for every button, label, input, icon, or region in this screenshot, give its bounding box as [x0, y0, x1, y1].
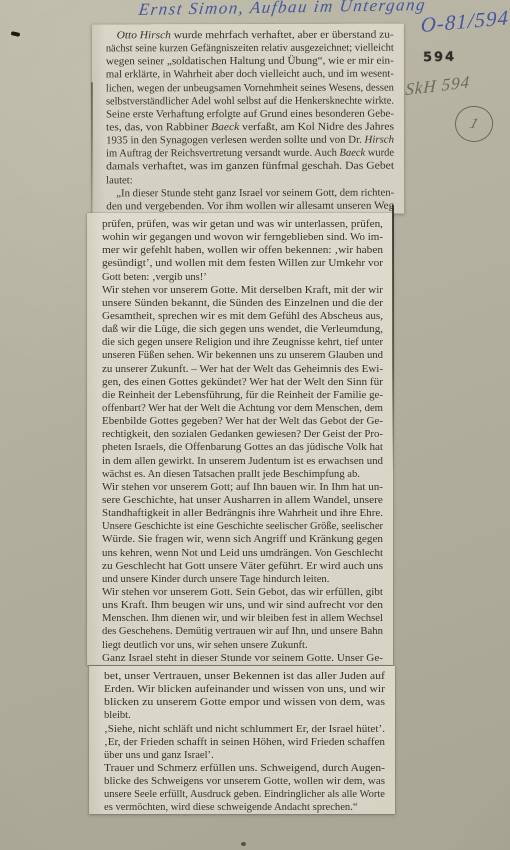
text-line: des Geschehens. Demütig vertrauen wir au…	[102, 625, 383, 638]
text-line: gesündigt’, und wollen mit dem festen Wi…	[102, 257, 383, 270]
pencil-shelfmark: SkH 594	[405, 72, 471, 100]
text-line: wegen seiner „soldatischen Haltung und Ü…	[106, 55, 394, 69]
text-line: die Reinheit der Lebensführung, für die …	[102, 389, 383, 402]
clipping-strip-2: prüfen, prüfen, was wir getan und was wi…	[87, 213, 393, 665]
text-line: Menschen. Ihm dienen wir, und wir bleibe…	[102, 612, 383, 625]
text-line: Trauer und Schmerz erfüllen uns. Schweig…	[104, 762, 385, 775]
text-line: und unsere Kinder durch unsere Tage hind…	[102, 573, 383, 586]
text-line: liegt deutlich vor uns, wir sehen unsere…	[102, 639, 383, 652]
circled-page-number: 1	[453, 104, 495, 144]
text-line: zu unserer Zukunft. – Wer hat der Welt d…	[102, 363, 383, 376]
text-line: unseren Füßen sehen. Wir bekennen uns zu…	[102, 349, 383, 362]
text-line: Unsere Geschichte ist eine Geschichte se…	[102, 520, 383, 533]
text-line: bet, unser Vertrauen, unser Bekennen ist…	[104, 670, 385, 683]
text-line: wächst es. An diesen Tatsachen prallt je…	[102, 468, 383, 481]
text-line: in dem allen gewirkt. In unserem Judentu…	[102, 455, 383, 468]
text-line: ‚Er, der Frieden schafft in seinen Höhen…	[104, 736, 385, 749]
clipping-strip-3: bet, unser Vertrauen, unser Bekennen ist…	[89, 666, 395, 814]
text-line: im Auftrag der Reichsvertretung versandt…	[106, 147, 394, 161]
text-line: 1935 in den Synagogen verlesen werden so…	[106, 134, 394, 148]
text-line: Wir stehen vor unserem Gott; auf Ihn bau…	[102, 481, 383, 494]
text-line: mer wir gefehlt haben, wollen wir offen …	[102, 244, 383, 257]
text-line: Erden. Wir blicken aufeinander und wisse…	[104, 683, 385, 696]
text-line: tes, das, von Rabbiner Baeck verfaßt, am…	[106, 121, 394, 135]
ink-speck	[241, 842, 246, 846]
circled-page-number-value: 1	[468, 115, 481, 132]
text-line: uns kehren, wenn Not und Leid uns umdrän…	[102, 547, 383, 560]
text-line: sere Geschichte, hat unser Ausharren in …	[102, 494, 383, 507]
text-line: zu Geschlecht hat Gott unsere Väter gefü…	[102, 560, 383, 573]
text-line: offenbart? Wer hat der Welt die Achtung …	[102, 402, 383, 415]
text-line: nächst seine kurzen Gefängniszeiten rela…	[106, 42, 394, 56]
text-line: den und vergebenden. Vor ihm wollen wir …	[106, 199, 394, 213]
ink-speck	[11, 31, 21, 37]
text-line: Ebenbilde Gottes gegeben? Wer hat der We…	[102, 415, 383, 428]
text-line: lichen, wegen der unbeugsamen Vornehmhei…	[106, 81, 394, 95]
strip-edge-shadow	[91, 82, 93, 212]
text-line: Wir stehen vor unserem Gotte. Mit dersel…	[102, 284, 383, 297]
text-line: Wir stehen vor unserem Gott. Sein Gebot,…	[102, 586, 383, 599]
text-line: Otto Hirsch wurde mehrfach verhaftet, ab…	[106, 29, 394, 43]
text-line: Seine erste Verhaftung erfolgte auf Grun…	[106, 107, 394, 121]
text-line: blicken zu unserem Gotte empor und wisse…	[104, 696, 385, 709]
text-line: damals verhaftet, was im ganzen fünfmal …	[106, 160, 394, 174]
text-line: bleibt.	[104, 709, 385, 722]
text-line: gen, des einen Gottes gekündet? Wer hat …	[102, 376, 383, 389]
text-line: uns Kraft. Ihm beugen wir uns, und wir s…	[102, 599, 383, 612]
text-line: „In dieser Stunde steht ganz Israel vor …	[106, 186, 394, 200]
text-line: Ganz Israel steht in dieser Stunde vor s…	[102, 652, 383, 665]
text-line: es vermöchten, wird diese schweigende An…	[104, 801, 385, 814]
text-line: selbstverständlicher Adel wohl selbst au…	[106, 94, 394, 108]
page-number-stamp: 594	[423, 50, 456, 66]
text-line: über uns und ganz Israel’.	[104, 749, 385, 762]
text-line: rechtigkeit, den sozialen Gedanken gewie…	[102, 428, 383, 441]
handwritten-reference-code: O-81/594	[421, 5, 510, 38]
text-line: Würde. Sie fragen wir, wenn sich Angriff…	[102, 533, 383, 546]
clipping-strip-1: Otto Hirsch wurde mehrfach verhaftet, ab…	[92, 24, 404, 215]
scanned-archive-page: { "document": { "kind": "archival scan —…	[0, 0, 510, 850]
handwritten-title: Ernst Simon, Aufbau im Untergang	[138, 0, 428, 20]
text-line: mal erklärte, in Wahrheit aber doch viel…	[106, 68, 394, 82]
text-line: unsere Sünden bekannt, die Sünden des Ei…	[102, 297, 383, 310]
text-line: prüfen, prüfen, was wir getan und was wi…	[102, 218, 383, 231]
text-line: pheten Israels, die Offenbarung Gottes a…	[102, 441, 383, 454]
text-line: daß wir die Lüge, die sich gegen uns wen…	[102, 323, 383, 336]
text-line: unsere Seele erfüllt, Ausdruck geben. Ei…	[104, 788, 385, 801]
text-line: blicke des Schweigens vor unserem Gotte,…	[104, 775, 385, 788]
text-line: wohin wir gegangen und wovon wir ferngeb…	[102, 231, 383, 244]
strip-edge-shadow	[392, 205, 395, 473]
text-line: Standhaftigkeit in aller Bedrängnis ihre…	[102, 507, 383, 520]
text-line: Gott beten: ‚vergib uns!’	[102, 271, 383, 284]
text-line: Gesamtheit, sprechen wir es mit dem Gefü…	[102, 310, 383, 323]
text-line: lautet:	[106, 173, 394, 187]
text-line: die sich gegen unsere Religion und ihre …	[102, 336, 383, 349]
text-line: ‚Siehe, nicht schläft und nicht schlumme…	[104, 723, 385, 736]
